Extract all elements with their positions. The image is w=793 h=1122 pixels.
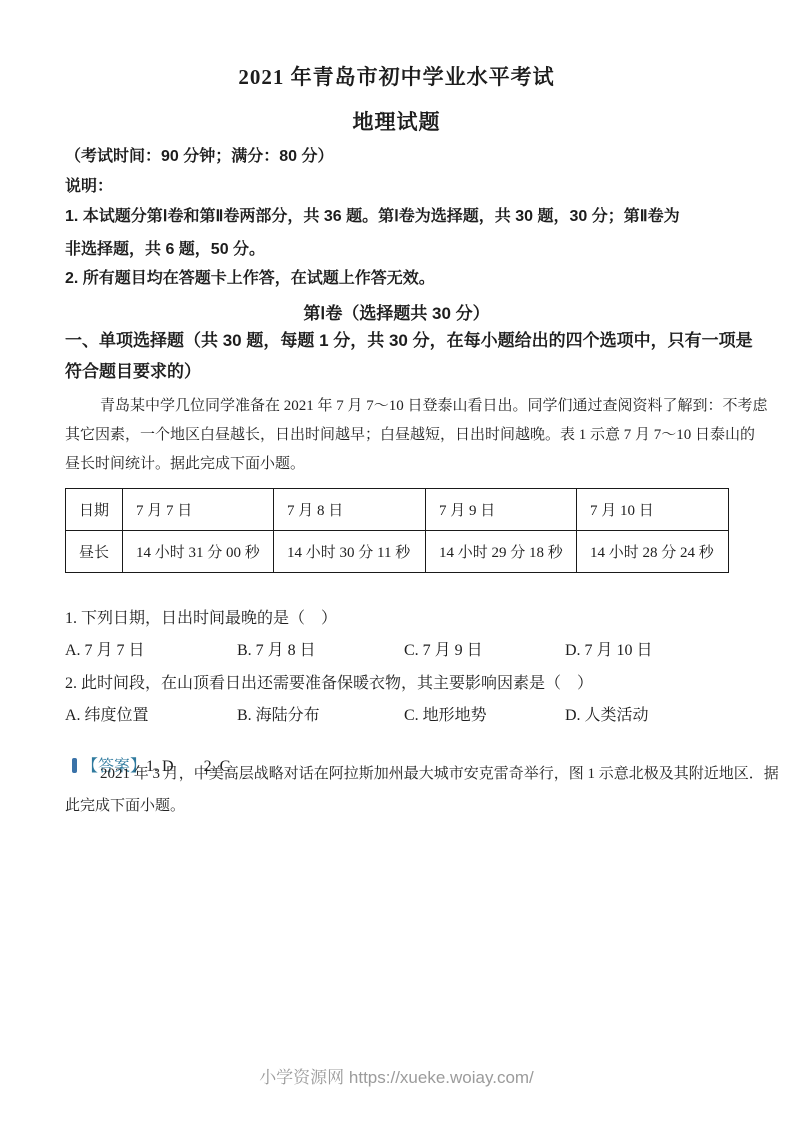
exam-info: （考试时间：90 分钟；满分：80 分） [65, 147, 334, 167]
table-cell: 7 月 10 日 [577, 489, 729, 531]
passage2-line2: 此完成下面小题。 [65, 797, 185, 816]
question1-option-a: A. 7 月 7 日 [65, 641, 145, 661]
question2-stem: 2. 此时间段，在山顶看日出还需要准备保暖衣物，其主要影响因素是（ ） [65, 674, 593, 694]
question1-option-b: B. 7 月 8 日 [237, 641, 316, 661]
paper-subtitle: 地理试题 [0, 109, 793, 135]
table-cell: 7 月 9 日 [426, 489, 577, 531]
note1-line2: 非选择题，共 6 题，50 分。 [65, 240, 265, 260]
exam-paper-page: 2021 年青岛市初中学业水平考试 地理试题 （考试时间：90 分钟；满分：80… [0, 0, 793, 1122]
question2-options: A. 纬度位置 B. 海陆分布 C. 地形地势 D. 人类活动 [65, 706, 727, 726]
notes-label: 说明： [65, 177, 113, 197]
table-cell: 昼长 [66, 531, 123, 573]
table-row-daylength: 昼长 14 小时 31 分 00 秒 14 小时 30 分 11 秒 14 小时… [66, 531, 729, 573]
section1-heading: 第Ⅰ卷（选择题共 30 分） [0, 303, 793, 324]
note1-line1: 1. 本试题分第Ⅰ卷和第Ⅱ卷两部分，共 36 题。第Ⅰ卷为选择题，共 30 题，… [65, 207, 680, 227]
passage1-line1: 青岛某中学几位同学准备在 2021 年 7 月 7～10 日登泰山看日出。同学们… [65, 397, 768, 416]
site-watermark: 小学资源网 https://xueke.woiay.com/ [0, 1063, 793, 1088]
table-cell: 7 月 8 日 [274, 489, 426, 531]
table-cell: 14 小时 29 分 18 秒 [426, 531, 577, 573]
passage1-line2: 其它因素，一个地区白昼越长，日出时间越早；白昼越短，日出时间越晚。表 1 示意 … [65, 426, 755, 445]
table-cell: 日期 [66, 489, 123, 531]
section1-subheading-line2: 符合题目要求的） [65, 361, 201, 382]
question1-options: A. 7 月 7 日 B. 7 月 8 日 C. 7 月 9 日 D. 7 月 … [65, 641, 727, 661]
question2-option-c: C. 地形地势 [404, 706, 487, 726]
table-cell: 14 小时 30 分 11 秒 [274, 531, 426, 573]
question1-option-c: C. 7 月 9 日 [404, 641, 483, 661]
passage2-line1: 2021 年 3 月，中美高层战略对话在阿拉斯加州最大城市安克雷奇举行，图 1 … [65, 765, 779, 784]
question2-option-d: D. 人类活动 [565, 706, 649, 726]
table-row-date: 日期 7 月 7 日 7 月 8 日 7 月 9 日 7 月 10 日 [66, 489, 729, 531]
exam-title: 2021 年青岛市初中学业水平考试 [0, 64, 793, 90]
table-cell: 14 小时 31 分 00 秒 [123, 531, 274, 573]
table-cell: 14 小时 28 分 24 秒 [577, 531, 729, 573]
question1-option-d: D. 7 月 10 日 [565, 641, 653, 661]
daylight-table: 日期 7 月 7 日 7 月 8 日 7 月 9 日 7 月 10 日 昼长 1… [65, 488, 729, 573]
passage1-line3: 昼长时间统计。据此完成下面小题。 [65, 455, 305, 474]
section1-subheading-line1: 一、单项选择题（共 30 题，每题 1 分，共 30 分，在每小题给出的四个选项… [65, 330, 753, 351]
question2-option-b: B. 海陆分布 [237, 706, 320, 726]
table-cell: 7 月 7 日 [123, 489, 274, 531]
note2: 2. 所有题目均在答题卡上作答，在试题上作答无效。 [65, 269, 435, 289]
question2-option-a: A. 纬度位置 [65, 706, 149, 726]
question1-stem: 1. 下列日期，日出时间最晚的是（ ） [65, 609, 337, 629]
